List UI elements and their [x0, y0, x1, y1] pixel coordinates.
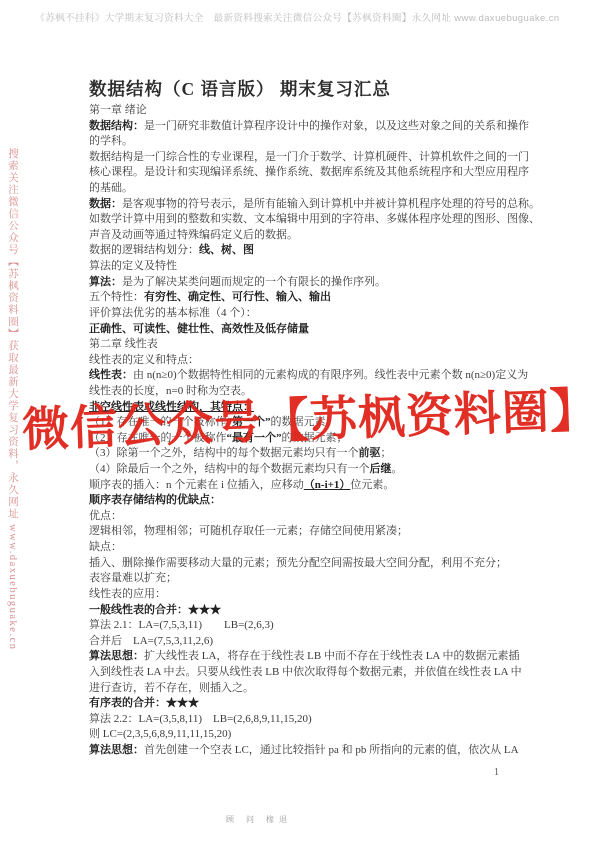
text-line: 有序表的合并：★★★ — [89, 696, 519, 712]
text-line: 算法 2.1：LA=(7,5,3,11) LB=(2,6,3) — [89, 618, 519, 634]
document-page: 《苏枫不挂科》大学期末复习资料大全 最新资料搜索关注微信公众号【苏枫资料圈】永久… — [0, 0, 595, 842]
text-line: 五个特性：有穷性、确定性、可行性、输入、输出 — [89, 290, 519, 306]
text-line: 声音及动画等通过特殊编码定义后的数据。 — [89, 228, 519, 244]
text-line: 数据结构：是一门研究非数值计算程序设计中的操作对象，以及这些对象之间的关系和操作 — [89, 119, 519, 135]
text-line: 线性表的应用： — [89, 587, 519, 603]
text-line: 数据：是客观事物的符号表示，是所有能输入到计算机中并被计算机程序处理的符号的总称… — [89, 197, 519, 213]
text-line: 入到线性表 LA 中去。只要从线性表 LB 中依次取得每个数据元素，并依值在线性… — [89, 665, 519, 681]
text-line: 顺序表存储结构的优缺点： — [89, 493, 519, 509]
text-line: 第一章 绪论 — [89, 103, 519, 119]
text-line: （4）除最后一个之外，结构中的每个数据元素均只有一个后继。 — [89, 462, 519, 478]
text-line: 的学科。 — [89, 134, 519, 150]
text-line: 则 LC=(2,3,5,6,8,9,11,11,15,20) — [89, 727, 519, 743]
text-line: 的基础。 — [89, 181, 519, 197]
text-line: 数据的逻辑结构划分：线、树、图 — [89, 243, 519, 259]
page-header-watermark: 《苏枫不挂科》大学期末复习资料大全 最新资料搜索关注微信公众号【苏枫资料圈】永久… — [0, 10, 595, 24]
text-line: 算法的定义及特性 — [89, 259, 519, 275]
text-line: 插入、删除操作需要移动大量的元素；预先分配空间需按最大空间分配，利用不充分； — [89, 556, 519, 572]
text-line: 合并后 LA=(7,5,3,11,2,6) — [89, 634, 519, 650]
text-line: 第二章 线性表 — [89, 337, 519, 353]
text-line: 如数学计算中用到的整数和实数、文本编辑中用到的字符串、多媒体程序处理的图形、图像… — [89, 212, 519, 228]
page-footer-text: 顾 问 椽退 — [226, 814, 292, 825]
text-line: 算法 2.2：LA=(3,5,8,11) LB=(2,6,8,9,11,15,2… — [89, 712, 519, 728]
text-line: 数据结构是一门综合性的专业课程，是一门介于数学、计算机硬件、计算机软件之间的一门 — [89, 150, 519, 166]
text-line: 正确性、可读性、健壮性、高效性及低存储量 — [89, 322, 519, 338]
text-line: 缺点： — [89, 540, 519, 556]
text-line: 算法思想：扩大线性表 LA，将存在于线性表 LB 中而不存在于线性表 LA 中的… — [89, 649, 519, 665]
text-line: 核心课程。是设计和实现编译系统、操作系统、数据库系统及其他系统程序和大型应用程序 — [89, 165, 519, 181]
page-number: 1 — [494, 767, 499, 778]
text-line: 逻辑相邻，物理相邻；可随机存取任一元素；存储空间使用紧凑； — [89, 524, 519, 540]
text-line: 线性表的定义和特点： — [89, 353, 519, 369]
text-line: 顺序表的插入：n 个元素在 i 位插入，应移动（n-i+1）位元素。 — [89, 478, 519, 494]
text-line: 评价算法优劣的基本标准（4 个）： — [89, 306, 519, 322]
document-title: 数据结构（C 语言版） 期末复习汇总 — [89, 76, 391, 101]
left-vertical-watermark: 搜索关注微信公众号【苏枫资料圈】获取最新大学复习资料，永久网址 www.daxu… — [5, 148, 20, 748]
text-line: 进行查访，若不存在，则插入之。 — [89, 681, 519, 697]
text-line: 表容量难以扩充； — [89, 571, 519, 587]
text-line: 算法：是为了解决某类问题而规定的一个有限长的操作序列。 — [89, 275, 519, 291]
text-line: 算法思想：首先创建一个空表 LC，通过比较指针 pa 和 pb 所指向的元素的值… — [89, 743, 519, 759]
text-line: 优点： — [89, 509, 519, 525]
text-line: 一般线性表的合并：★★★ — [89, 603, 519, 619]
